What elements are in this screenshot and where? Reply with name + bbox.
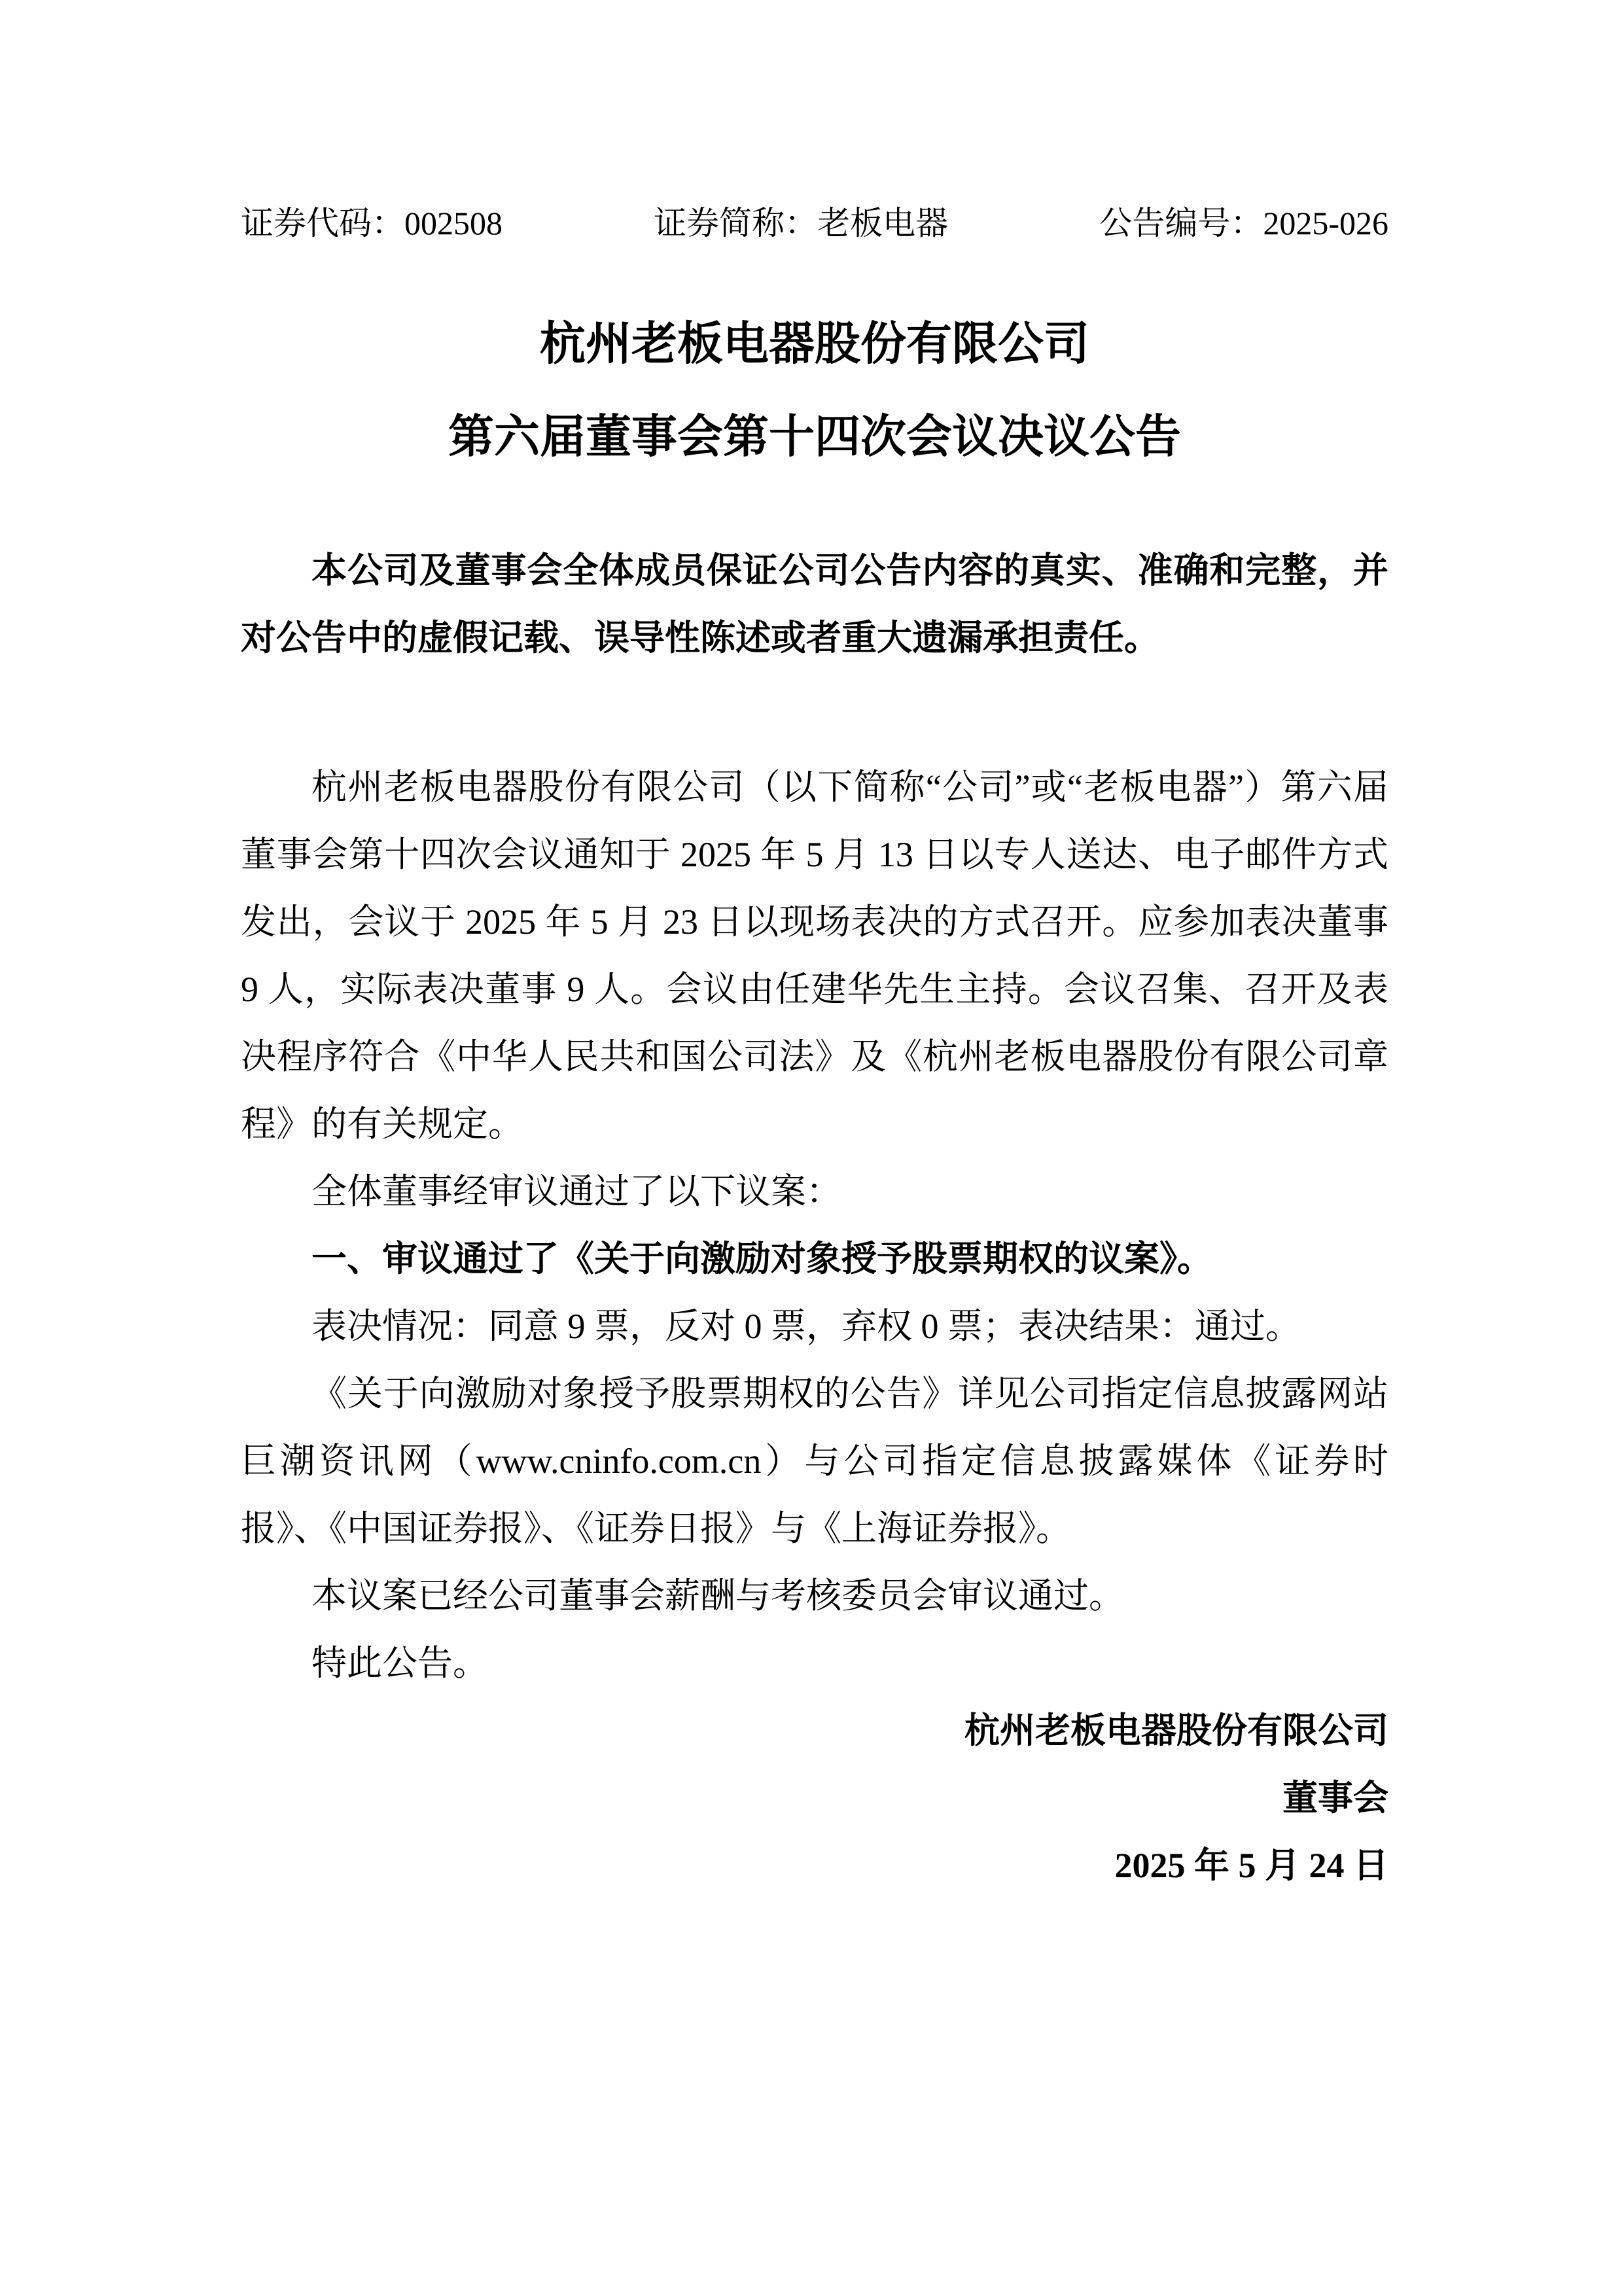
page-title: 杭州老板电器股份有限公司 [241,317,1388,372]
signature-date: 2025 年 5 月 24 日 [241,1832,1388,1899]
body-paragraph: 特此公告。 [241,1630,1388,1697]
page-subtitle: 第六届董事会第十四次会议决议公告 [241,410,1388,465]
stock-code: 证券代码：002508 [241,203,503,244]
disclaimer-paragraph: 本公司及董事会全体成员保证公司公告内容的真实、准确和完整，并对公告中的虚假记载、… [241,537,1388,672]
signature-company: 杭州老板电器股份有限公司 [241,1697,1388,1765]
body-paragraph: 本议案已经公司董事会薪酬与考核委员会审议通过。 [241,1563,1388,1630]
body-paragraph: 《关于向激励对象授予股票期权的公告》详见公司指定信息披露网站巨潮资讯网（www.… [241,1360,1388,1563]
announcement-number: 公告编号：2025-026 [1099,203,1388,244]
signature-block: 杭州老板电器股份有限公司 董事会 2025 年 5 月 24 日 [241,1697,1388,1899]
stock-abbr: 证券简称：老板电器 [654,203,948,244]
body-paragraph: 表决情况：同意 9 票，反对 0 票，弃权 0 票；表决结果：通过。 [241,1293,1388,1360]
signature-signer: 董事会 [241,1765,1388,1832]
body-paragraph: 全体董事经审议通过了以下议案： [241,1158,1388,1226]
body-paragraph: 杭州老板电器股份有限公司（以下简称“公司”或“老板电器”）第六届董事会第十四次会… [241,754,1388,1158]
document-header: 证券代码：002508 证券简称：老板电器 公告编号：2025-026 [241,203,1388,244]
document-body: 杭州老板电器股份有限公司（以下简称“公司”或“老板电器”）第六届董事会第十四次会… [241,754,1388,1697]
document-page: 证券代码：002508 证券简称：老板电器 公告编号：2025-026 杭州老板… [0,0,1624,2296]
body-paragraph: 一、审议通过了《关于向激励对象授予股票期权的议案》。 [241,1226,1388,1293]
